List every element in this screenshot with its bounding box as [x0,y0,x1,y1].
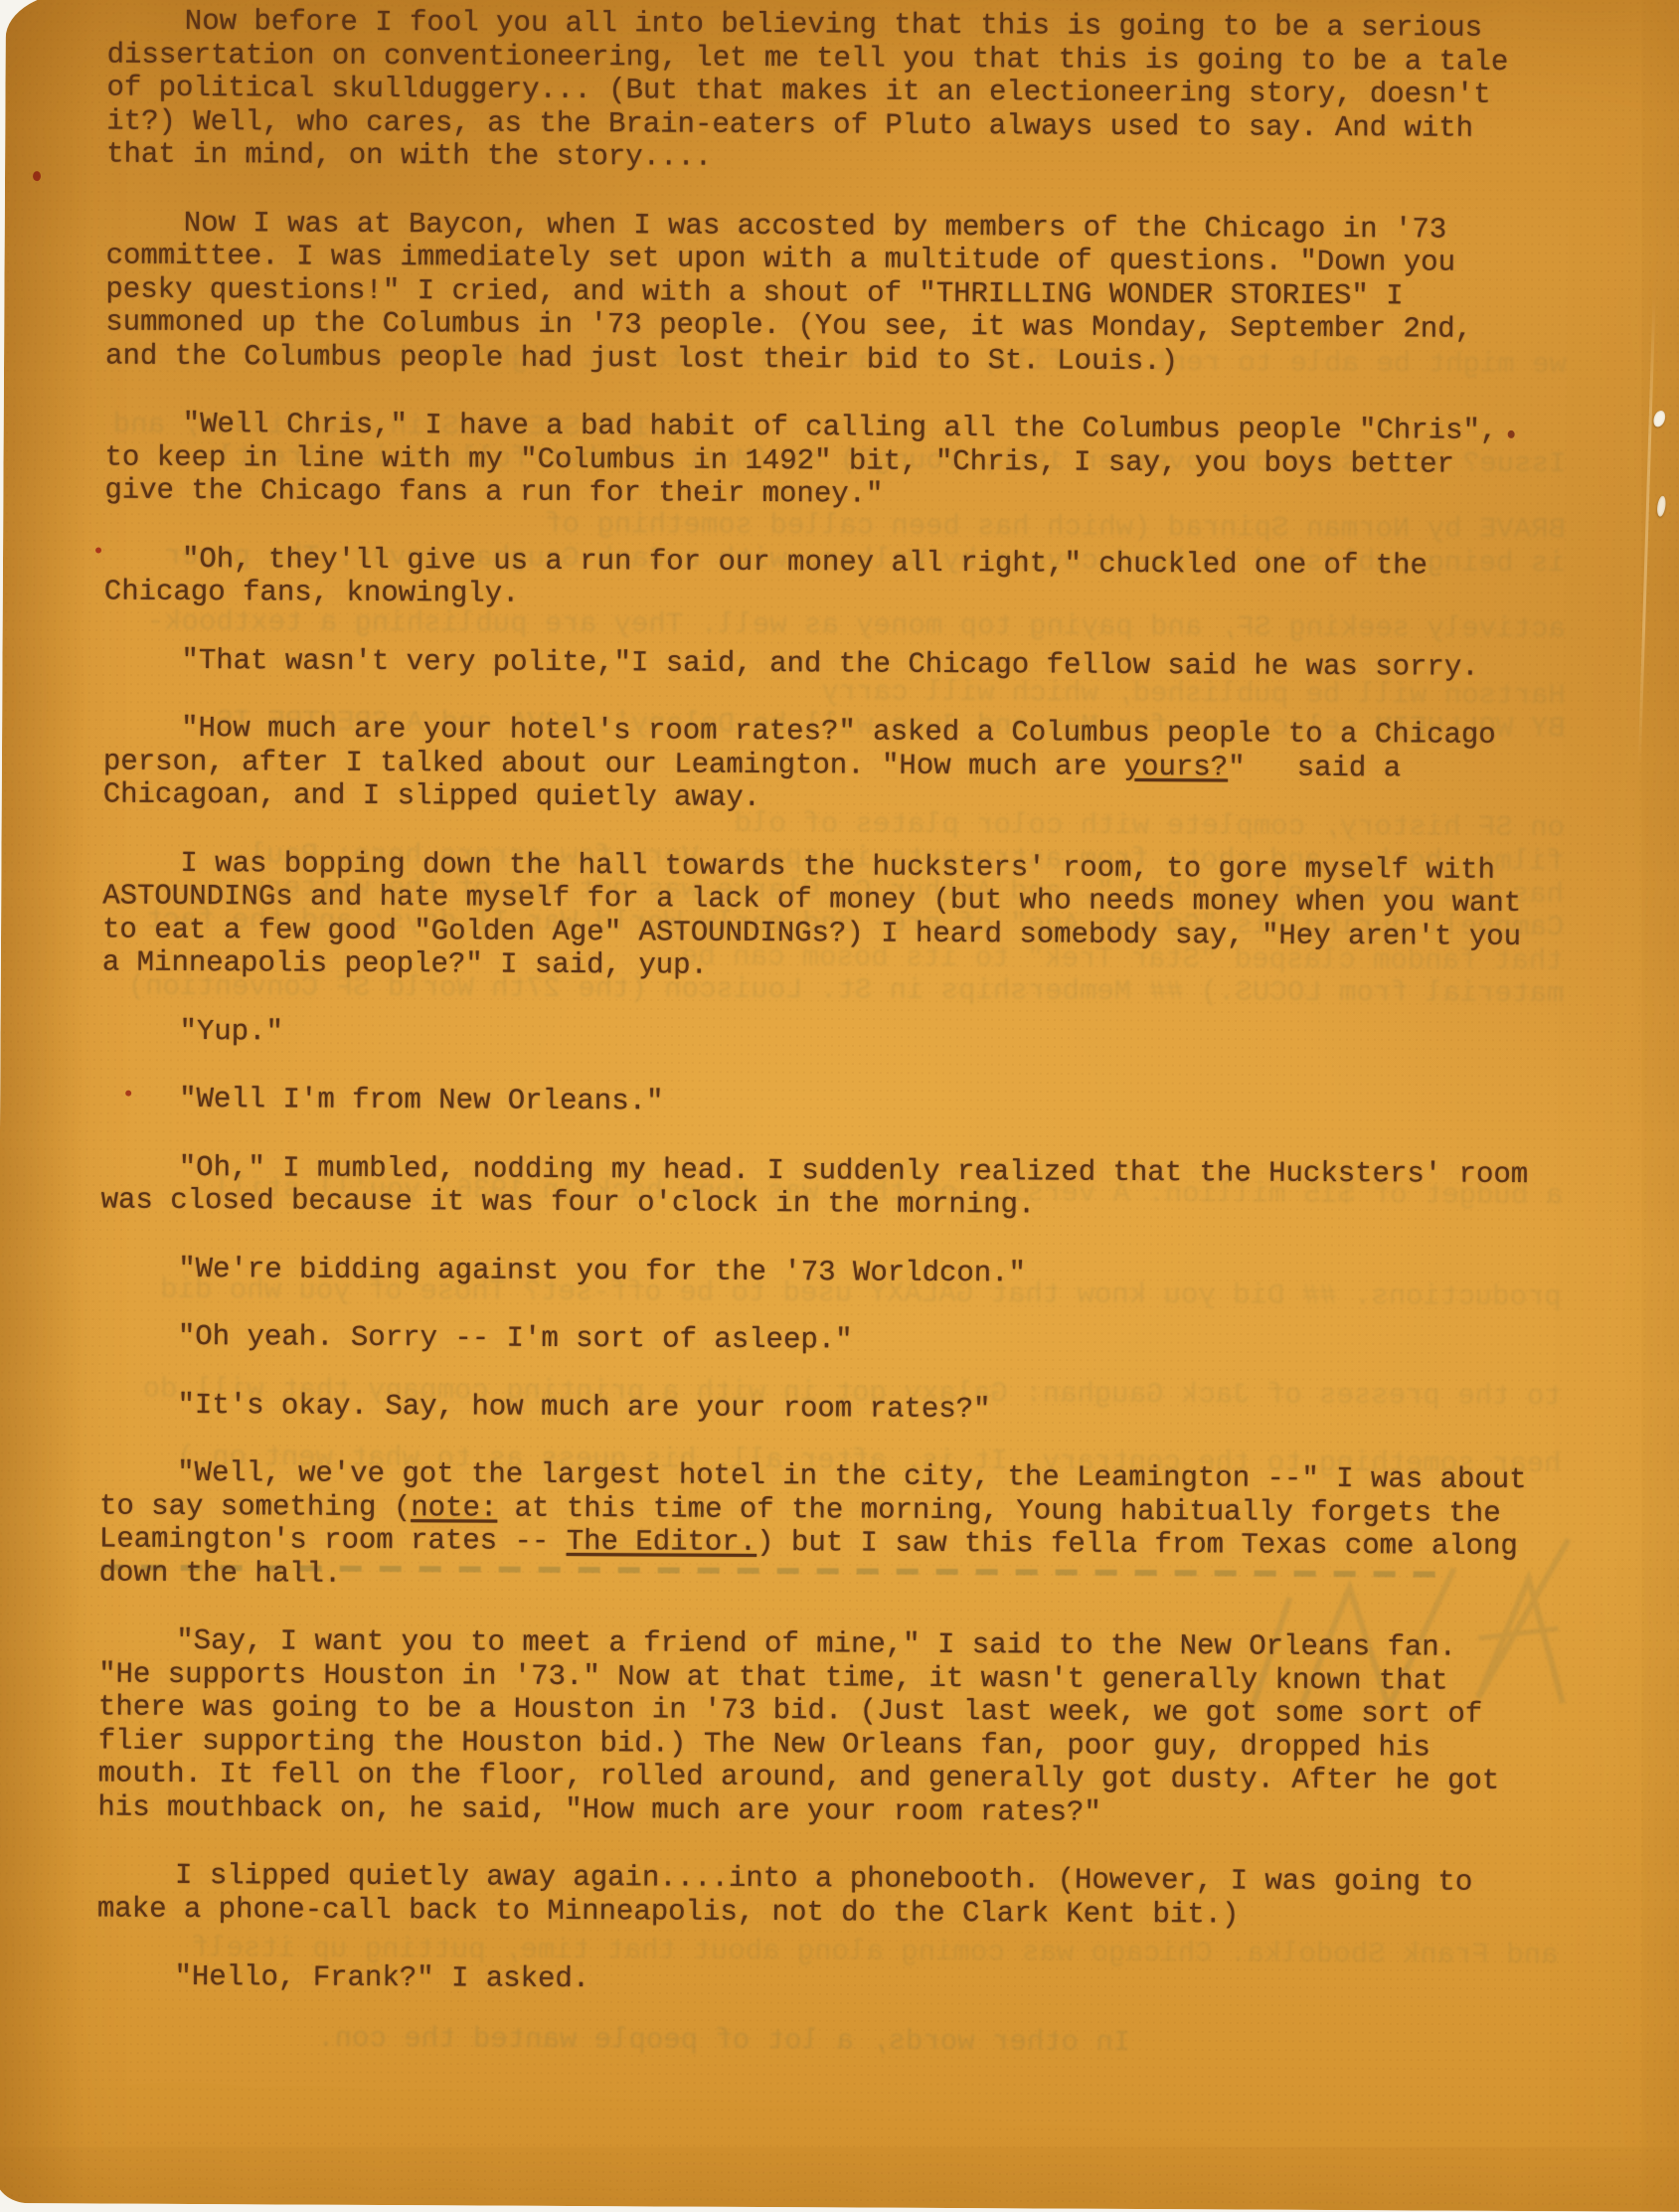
ink-speck [125,1091,131,1097]
paragraph: I was bopping down the hall towards the … [102,846,1674,987]
text-segment: "We're bidding against you for the '73 W… [178,1252,1026,1288]
ink-speck [95,547,101,553]
paragraph: I slipped quietly away again....into a p… [97,1859,1668,1934]
text-segment: give the Chicago fans a run for their mo… [104,474,883,511]
text-line: "We're bidding against you for the '73 W… [100,1252,1671,1293]
paragraph: "We're bidding against you for the '73 W… [100,1252,1671,1293]
text-line: "It's okay. Say, how much are your room … [99,1388,1670,1430]
text-line: "Oh yeah. Sorry -- I'm sort of asleep." [100,1320,1671,1362]
text-line: Chicagoan, and I slipped quietly away. [103,778,1674,820]
paragraph: "Hello, Frank?" I asked. [96,1960,1667,2002]
text-segment: yours? [1124,750,1229,783]
text-segment: The Editor. [567,1525,757,1559]
paragraph: Now before I fool you all into believing… [106,5,1678,180]
paragraph: "It's okay. Say, how much are your room … [99,1388,1670,1430]
text-segment: person, after I talked about our Leaming… [103,745,1124,782]
typewritten-text: Now before I fool you all into believing… [96,5,1678,2037]
text-segment: "Hello, Frank?" I asked. [174,1960,589,1995]
paragraph: "That wasn't very polite,"I said, and th… [103,643,1674,685]
ink-speck [33,171,41,181]
paragraph: "Say, I want you to meet a friend of min… [97,1624,1669,1832]
text-segment: "Well I'm from New Orleans." [179,1083,663,1118]
text-line: "Hello, Frank?" I asked. [96,1960,1667,2002]
text-segment: "Oh yeah. Sorry -- I'm sort of asleep." [178,1320,853,1357]
text-segment: was closed because it was four o'clock i… [101,1184,1036,1222]
text-segment: at this time of the morning, Young habit… [497,1491,1501,1529]
text-line: "Yup." [101,1014,1672,1056]
text-segment: that in mind, on with the story.... [106,138,712,174]
text-line: "That wasn't very polite,"I said, and th… [103,643,1674,685]
paragraph: "Well Chris," I have a bad habit of call… [104,408,1676,516]
text-line: "Well I'm from New Orleans." [101,1083,1672,1124]
text-segment: " said a [1228,751,1401,784]
paragraph: "Oh," I mumbled, nodding my head. I sudd… [101,1150,1672,1225]
paragraph: "Well I'm from New Orleans." [101,1083,1672,1124]
text-segment: down the hall. [99,1556,342,1590]
text-segment: "It's okay. Say, how much are your room … [177,1388,990,1425]
paragraph: Now I was at Baycon, when I was accosted… [105,206,1677,381]
text-segment: make a phone-call back to Minneapolis, n… [97,1892,1240,1931]
text-segment: Leamington's room rates -- [99,1523,567,1558]
text-segment: "That wasn't very polite,"I said, and th… [181,643,1478,683]
ink-speck [1508,430,1515,438]
text-segment: ) but I saw this fella from Texas come a… [756,1526,1518,1563]
paragraph: "Oh, they'll give us a run for our money… [104,542,1675,616]
paragraph: "Yup." [101,1014,1672,1056]
text-segment: Chicago fans, knowingly. [104,576,520,610]
paragraph: "Oh yeah. Sorry -- I'm sort of asleep." [100,1320,1671,1362]
text-segment: a Minneapolis people?" I said, yup. [102,946,708,982]
paragraph: "How much are your hotel's room rates?" … [103,712,1675,820]
text-segment: to say something ( [99,1489,411,1524]
text-segment: and the Columbus people had just lost th… [105,339,1178,378]
fanzine-page: we might be able to rent the film, or wh… [0,0,1679,2205]
text-segment: his mouthback on, he said, "How much are… [97,1790,1101,1828]
paragraph: "Well, we've got the largest hotel in th… [99,1456,1671,1598]
text-segment: note: [411,1491,497,1524]
text-segment: "Yup." [179,1014,283,1048]
text-line: Chicago fans, knowingly. [104,576,1675,617]
text-segment: Chicagoan, and I slipped quietly away. [103,778,760,814]
